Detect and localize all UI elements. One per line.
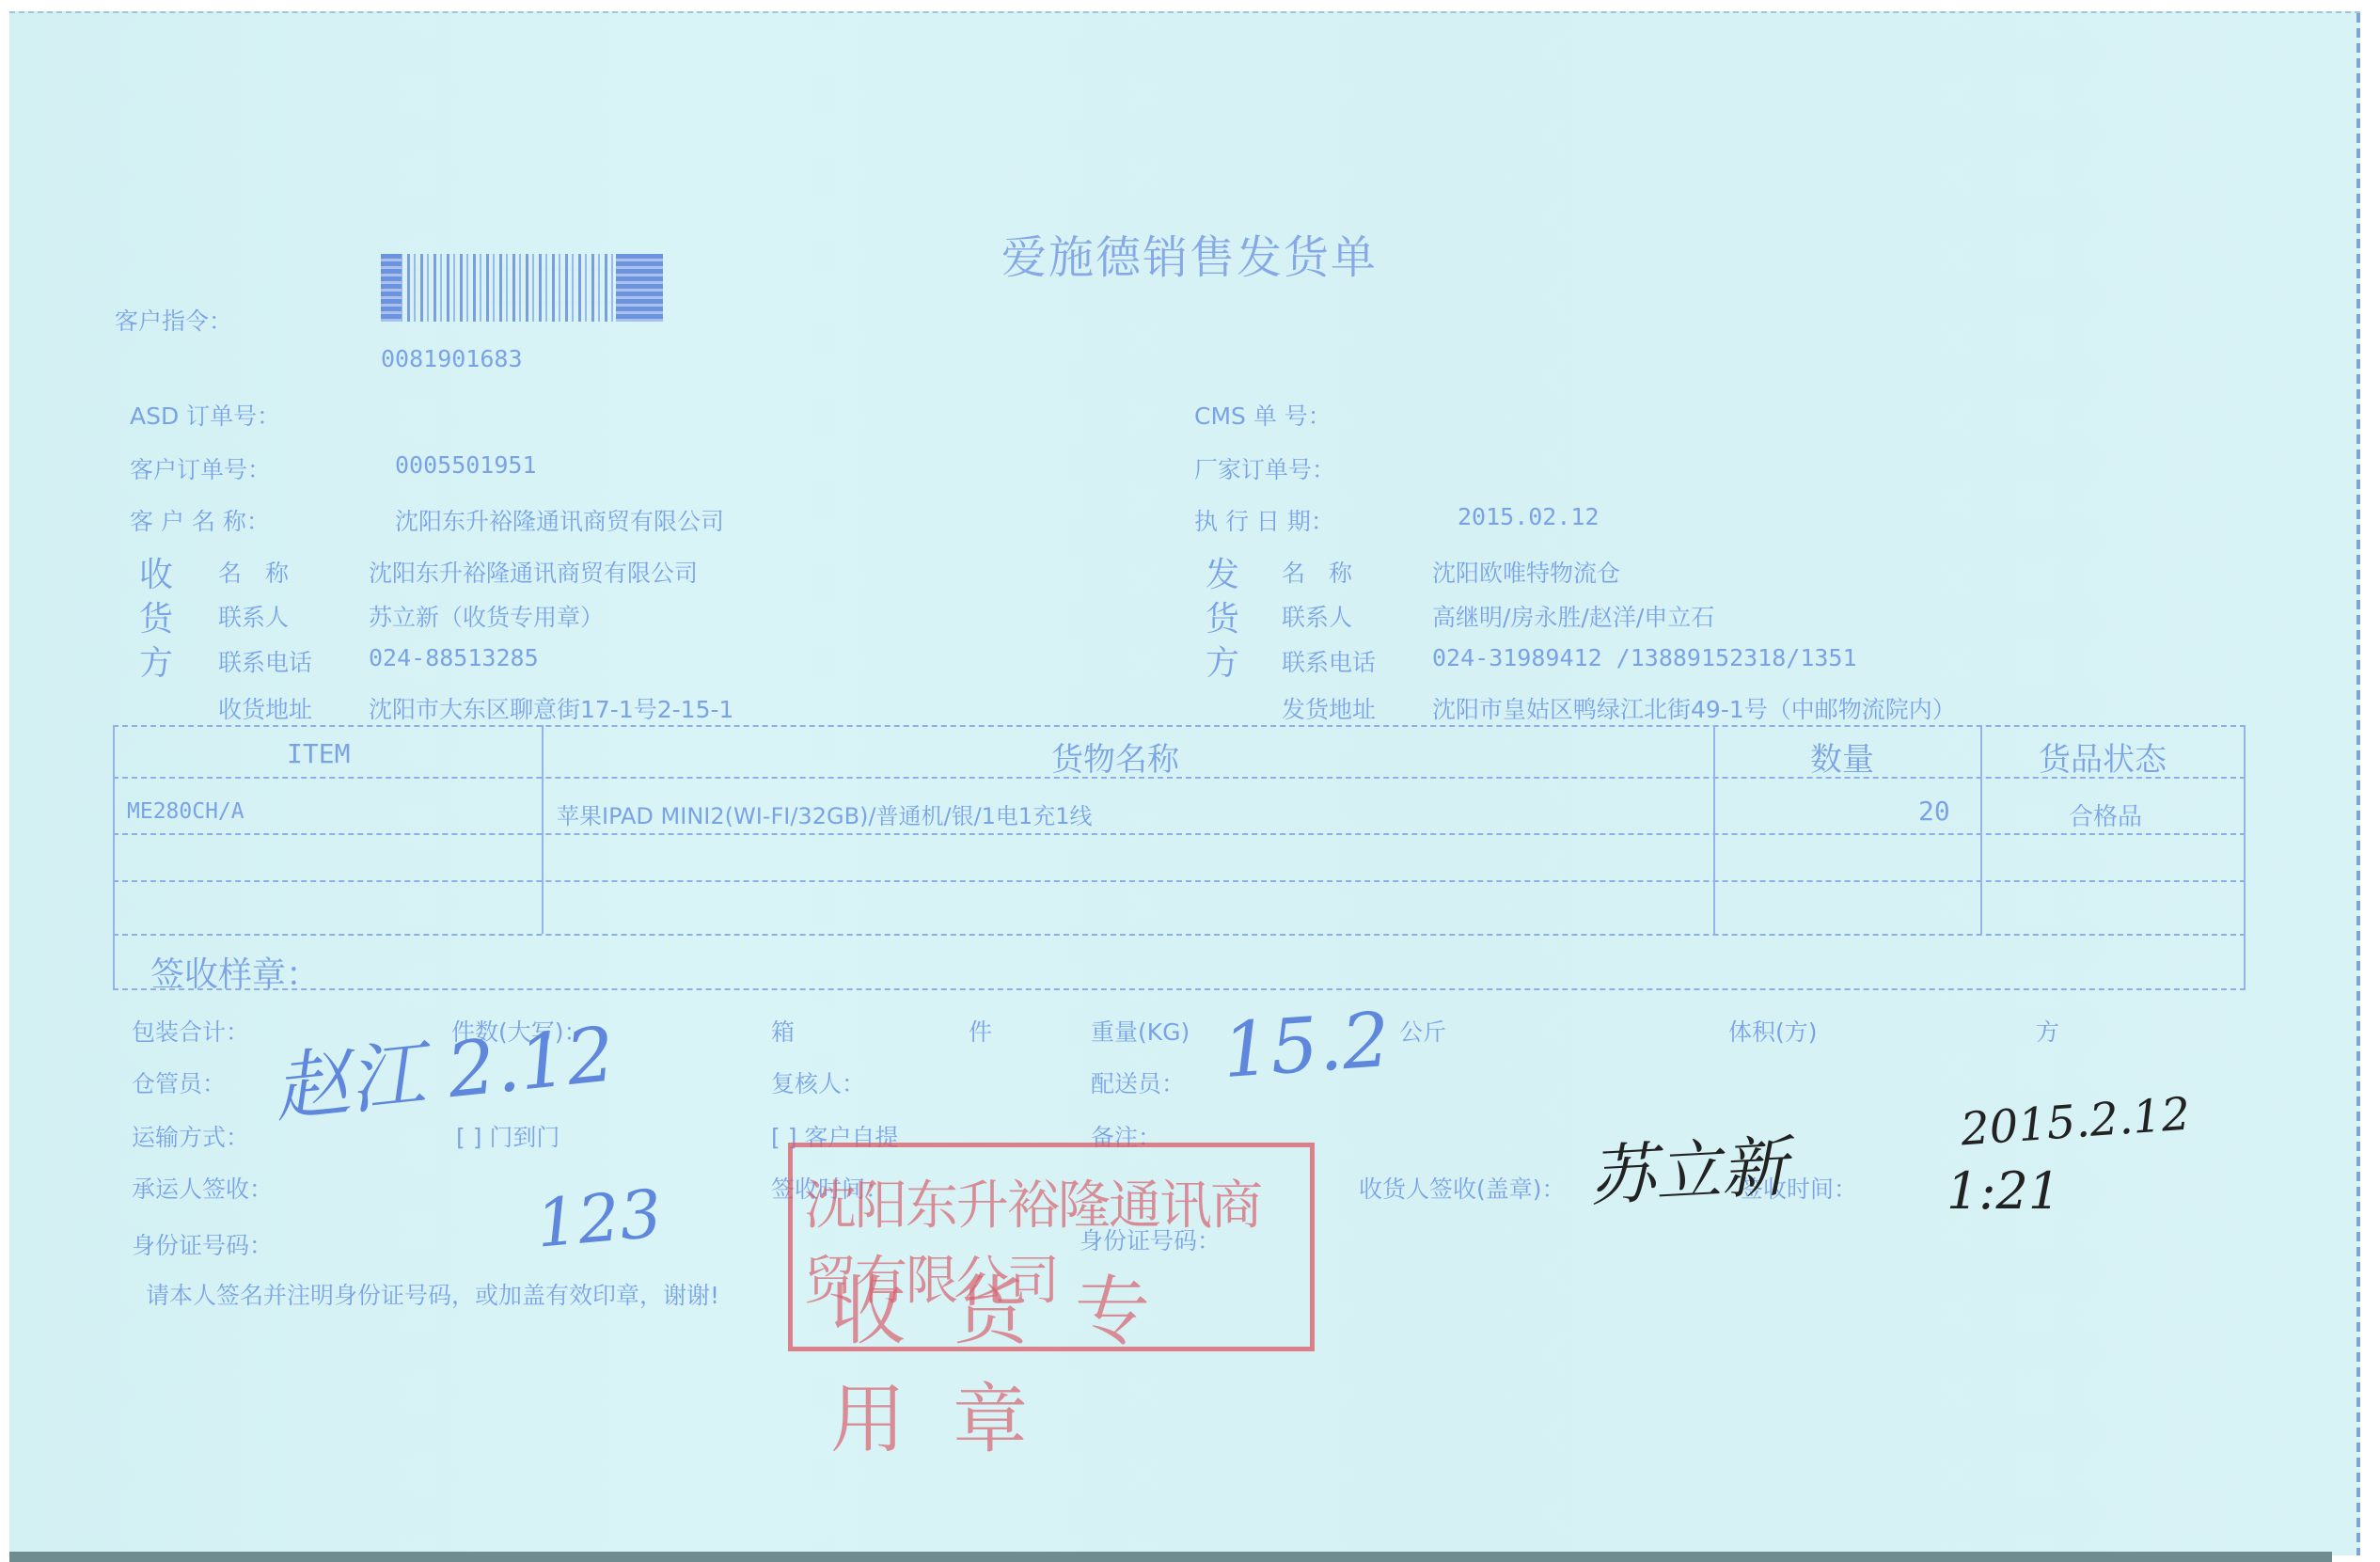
table-border <box>113 725 115 988</box>
customer-order-label: 客户订单号： <box>130 451 271 485</box>
receiver-side-char: 收 <box>139 548 173 596</box>
receiver-side-char: 货 <box>139 592 173 640</box>
table-border <box>2244 725 2246 988</box>
shipper-side-char: 方 <box>1206 637 1239 685</box>
exec-date-value: 2015.02.12 <box>1458 503 1600 530</box>
volume-label: 体积(方) <box>1728 1014 1818 1048</box>
shipper-address-value: 沈阳市皇姑区鸭绿江北街49-1号（中邮物流院内） <box>1432 691 1956 725</box>
stamp-seal-text: 收货专用章 <box>830 1251 1310 1467</box>
table-divider <box>113 934 2246 936</box>
shipper-contact-label: 联系人 <box>1282 599 1352 633</box>
customer-instruction-code: 0081901683 <box>381 345 523 372</box>
signature-notice: 请本人签名并注明身份证号码，或加盖有效印章，谢谢! <box>146 1277 719 1311</box>
shipper-phone-value: 024-31989412 /13889152318/1351 <box>1432 644 1857 671</box>
receiver-name-label: 名 称 <box>218 555 289 589</box>
column-header-quantity: 数量 <box>1810 734 1874 780</box>
cell-status: 合格品 <box>2069 797 2142 832</box>
shipper-side-char: 货 <box>1206 592 1239 640</box>
customer-name-value: 沈阳东升裕隆通讯商贸有限公司 <box>395 503 724 537</box>
package-total-label: 包装合计： <box>132 1014 249 1048</box>
piece-unit: 件 <box>969 1014 992 1048</box>
handwritten-receive-time: 1:21 <box>1947 1161 2060 1221</box>
receiver-contact-value: 苏立新（收货专用章） <box>369 599 604 633</box>
exec-date-label: 执 行 日 期： <box>1194 503 1334 537</box>
table-divider <box>1980 725 1982 934</box>
receipt-seal-stamp: 沈阳东升裕隆通讯商贸有限公司 收货专用章 <box>788 1143 1315 1351</box>
id-number-label: 身份证号码： <box>132 1227 273 1261</box>
vendor-order-label: 厂家订单号： <box>1194 451 1335 485</box>
shipper-side-char: 发 <box>1206 548 1239 596</box>
volume-unit: 方 <box>2036 1014 2059 1048</box>
receiver-side-char: 方 <box>139 637 173 685</box>
receiver-sign-label: 收货人签收(盖章)： <box>1359 1171 1566 1205</box>
shipper-name-label: 名 称 <box>1282 555 1352 589</box>
handwritten-weight: 15.2 <box>1220 996 1393 1095</box>
table-divider <box>1713 725 1715 934</box>
handwritten-id-note: 123 <box>533 1175 665 1262</box>
receiver-phone-value: 024-88513285 <box>369 644 539 671</box>
receiver-phone-label: 联系电话 <box>218 644 312 678</box>
warehouse-label: 仓管员： <box>132 1065 226 1099</box>
cell-quantity: 20 <box>1918 796 1950 827</box>
handwritten-receiver-signature: 苏立新 <box>1587 1114 1789 1220</box>
customer-name-label: 客 户 名 称： <box>130 503 270 537</box>
scanner-edge <box>9 1552 2332 1562</box>
customer-order-value: 0005501951 <box>395 451 537 479</box>
table-border <box>113 725 2246 727</box>
shipper-phone-label: 联系电话 <box>1282 644 1376 678</box>
receiver-address-value: 沈阳市大东区聊意街17-1号2-15-1 <box>369 691 733 725</box>
shipper-name-value: 沈阳欧唯特物流仓 <box>1432 555 1620 589</box>
receiver-name-value: 沈阳东升裕隆通讯商贸有限公司 <box>369 555 698 589</box>
cell-item: ME280CH/A <box>127 799 244 824</box>
carrier-sign-label: 承运人签收： <box>132 1171 273 1205</box>
barcode-icon <box>381 254 663 322</box>
column-header-item: ITEM <box>287 738 350 769</box>
document-title: 爱施德销售发货单 <box>1001 221 1378 286</box>
asd-order-label: ASD 订单号： <box>130 398 280 432</box>
table-divider <box>113 833 2246 835</box>
box-label: 箱 <box>771 1014 795 1048</box>
table-divider <box>113 777 2246 779</box>
weight-unit: 公斤 <box>1399 1014 1446 1048</box>
cell-goods-name: 苹果IPAD MINI2(WI-FI/32GB)/普通机/银/1电1充1线 <box>557 797 1092 830</box>
reviewer-label: 复核人： <box>771 1065 865 1099</box>
column-header-status: 货品状态 <box>2039 734 2167 780</box>
option-door-to-door[interactable]: [ ] 门到门 <box>456 1119 560 1153</box>
table-divider <box>113 880 2246 882</box>
receiver-contact-label: 联系人 <box>218 599 289 633</box>
sign-sample-label: 签收样章： <box>150 948 320 996</box>
column-header-goods-name: 货物名称 <box>1051 734 1179 780</box>
transport-label: 运输方式： <box>132 1119 249 1153</box>
customer-instruction-label: 客户指令： <box>115 303 232 337</box>
delivery-label: 配送员： <box>1091 1065 1185 1099</box>
weight-label: 重量(KG) <box>1091 1014 1190 1048</box>
table-divider <box>542 725 544 934</box>
table-border <box>113 988 2246 990</box>
cms-label: CMS 单 号： <box>1194 398 1332 432</box>
receiver-address-label: 收货地址 <box>218 691 312 725</box>
shipper-contact-value: 高继明/房永胜/赵洋/申立石 <box>1432 599 1714 633</box>
shipper-address-label: 发货地址 <box>1282 691 1376 725</box>
